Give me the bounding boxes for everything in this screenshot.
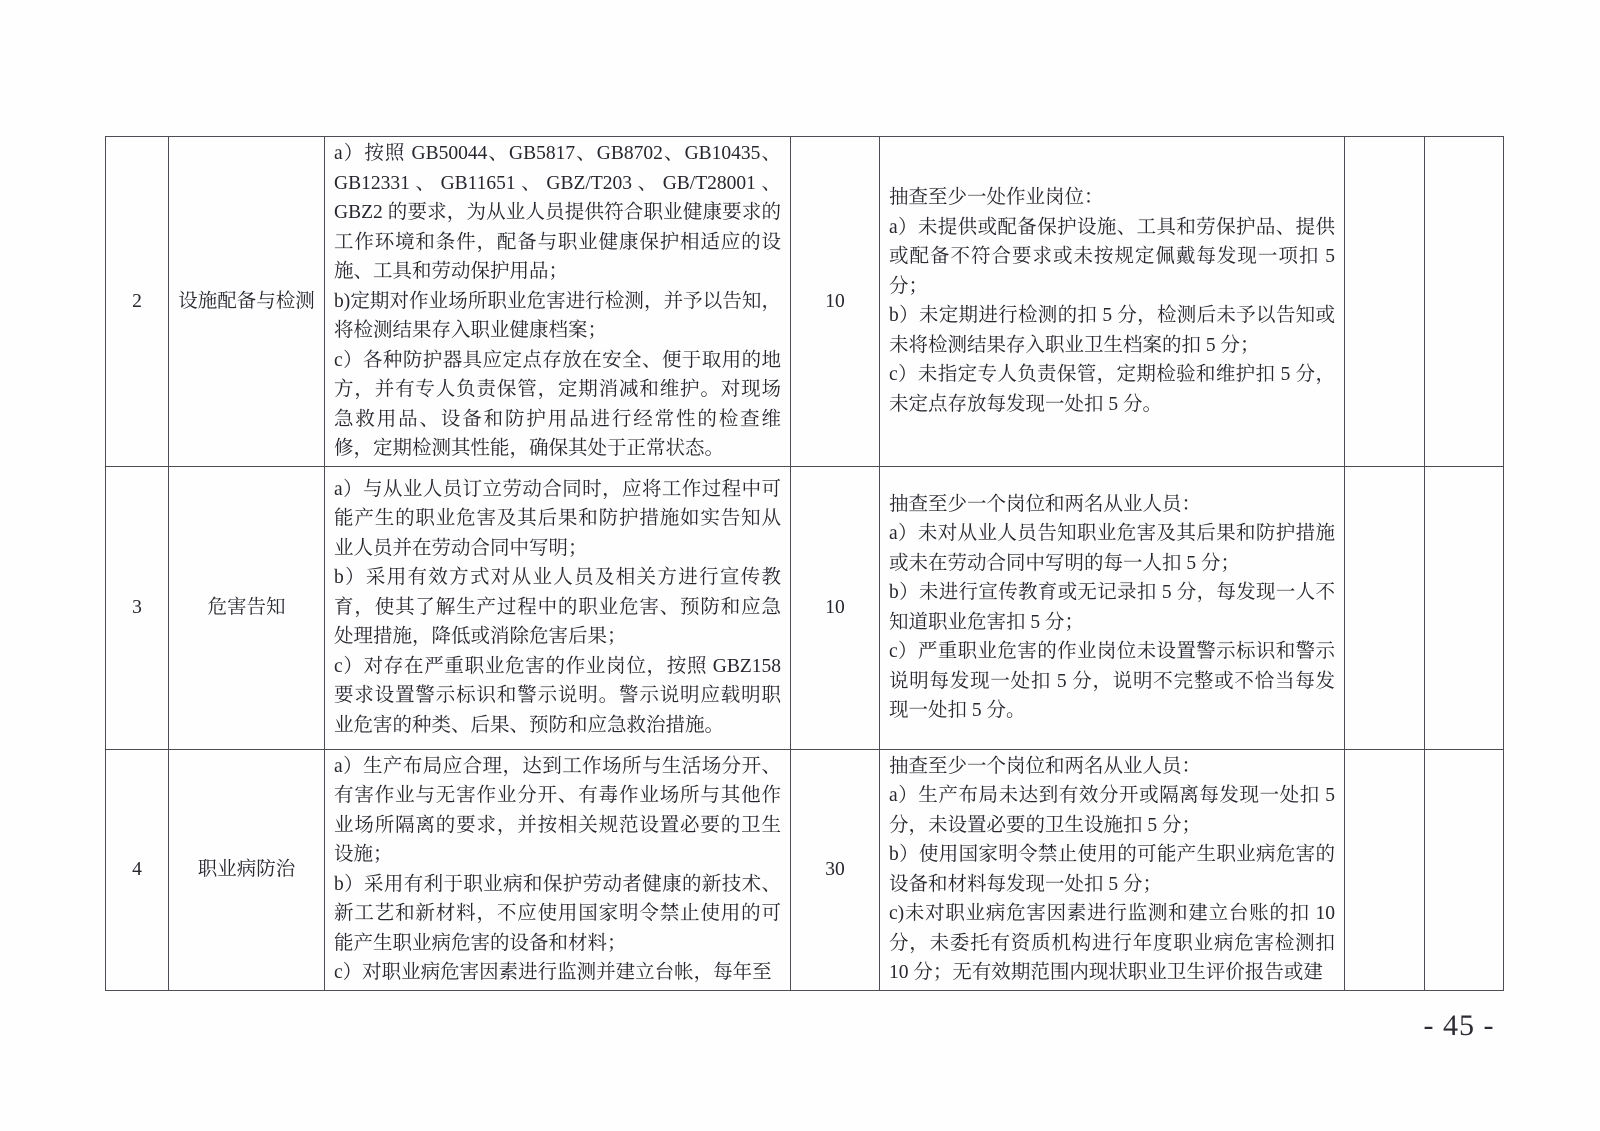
category-cell: 职业病防治	[169, 749, 325, 990]
criteria-text: 抽查至少一个岗位和两名从业人员： a）未对从业人员告知职业危害及其后果和防护措施…	[889, 490, 1335, 726]
criteria-cell: 抽查至少一处作业岗位： a）未提供或配备保护设施、工具和劳保护品、提供或配备不符…	[880, 137, 1345, 467]
row-index: 3	[132, 597, 142, 618]
score-cell: 30	[791, 749, 880, 990]
table-row-facilities: 2 设施配备与检测 a）按照 GB50044、GB5817、GB8702、GB1…	[106, 137, 1504, 467]
row-index: 2	[132, 291, 142, 312]
criteria-cell: 抽查至少一个岗位和两名从业人员： a）生产布局未达到有效分开或隔离每发现一处扣 …	[880, 749, 1345, 990]
assessment-table: 2 设施配备与检测 a）按照 GB50044、GB5817、GB8702、GB1…	[105, 136, 1504, 991]
table-row-hazard-notification: 3 危害告知 a）与从业人员订立劳动合同时，应将工作过程中可能产生的职业危害及其…	[106, 466, 1504, 749]
category-label: 设施配备与检测	[178, 291, 315, 312]
document-page: 2 设施配备与检测 a）按照 GB50044、GB5817、GB8702、GB1…	[0, 0, 1600, 1131]
row-index-cell: 4	[106, 749, 169, 990]
requirement-cell: a）生产布局应合理，达到工作场所与生活场分开、有害作业与无害作业分开、有毒作业场…	[325, 749, 791, 990]
criteria-text: 抽查至少一处作业岗位： a）未提供或配备保护设施、工具和劳保护品、提供或配备不符…	[889, 183, 1335, 419]
row-index-cell: 2	[106, 137, 169, 467]
deduction-cell-empty	[1345, 466, 1425, 749]
requirement-text: a）与从业人员订立劳动合同时，应将工作过程中可能产生的职业危害及其后果和防护措施…	[334, 475, 781, 741]
result-cell-empty	[1425, 466, 1504, 749]
row-index: 4	[132, 859, 142, 880]
requirement-cell: a）按照 GB50044、GB5817、GB8702、GB10435、GB123…	[325, 137, 791, 467]
page-number: - 45 -	[1404, 1008, 1514, 1044]
score-cell: 10	[791, 466, 880, 749]
deduction-cell-empty	[1345, 137, 1425, 467]
category-cell: 设施配备与检测	[169, 137, 325, 467]
criteria-text: 抽查至少一个岗位和两名从业人员： a）生产布局未达到有效分开或隔离每发现一处扣 …	[889, 752, 1335, 988]
category-label: 职业病防治	[198, 859, 296, 880]
requirement-text: a）生产布局应合理，达到工作场所与生活场分开、有害作业与无害作业分开、有毒作业场…	[334, 752, 781, 988]
requirement-cell: a）与从业人员订立劳动合同时，应将工作过程中可能产生的职业危害及其后果和防护措施…	[325, 466, 791, 749]
criteria-cell: 抽查至少一个岗位和两名从业人员： a）未对从业人员告知职业危害及其后果和防护措施…	[880, 466, 1345, 749]
score-value: 10	[825, 597, 845, 618]
row-index-cell: 3	[106, 466, 169, 749]
category-label: 危害告知	[207, 597, 285, 618]
category-cell: 危害告知	[169, 466, 325, 749]
requirement-text: a）按照 GB50044、GB5817、GB8702、GB10435、GB123…	[334, 139, 781, 464]
score-value: 10	[825, 291, 845, 312]
score-cell: 10	[791, 137, 880, 467]
score-value: 30	[825, 859, 845, 880]
table-row-occupational-disease: 4 职业病防治 a）生产布局应合理，达到工作场所与生活场分开、有害作业与无害作业…	[106, 749, 1504, 990]
result-cell-empty	[1425, 749, 1504, 990]
assessment-table-body: 2 设施配备与检测 a）按照 GB50044、GB5817、GB8702、GB1…	[106, 137, 1504, 991]
result-cell-empty	[1425, 137, 1504, 467]
deduction-cell-empty	[1345, 749, 1425, 990]
